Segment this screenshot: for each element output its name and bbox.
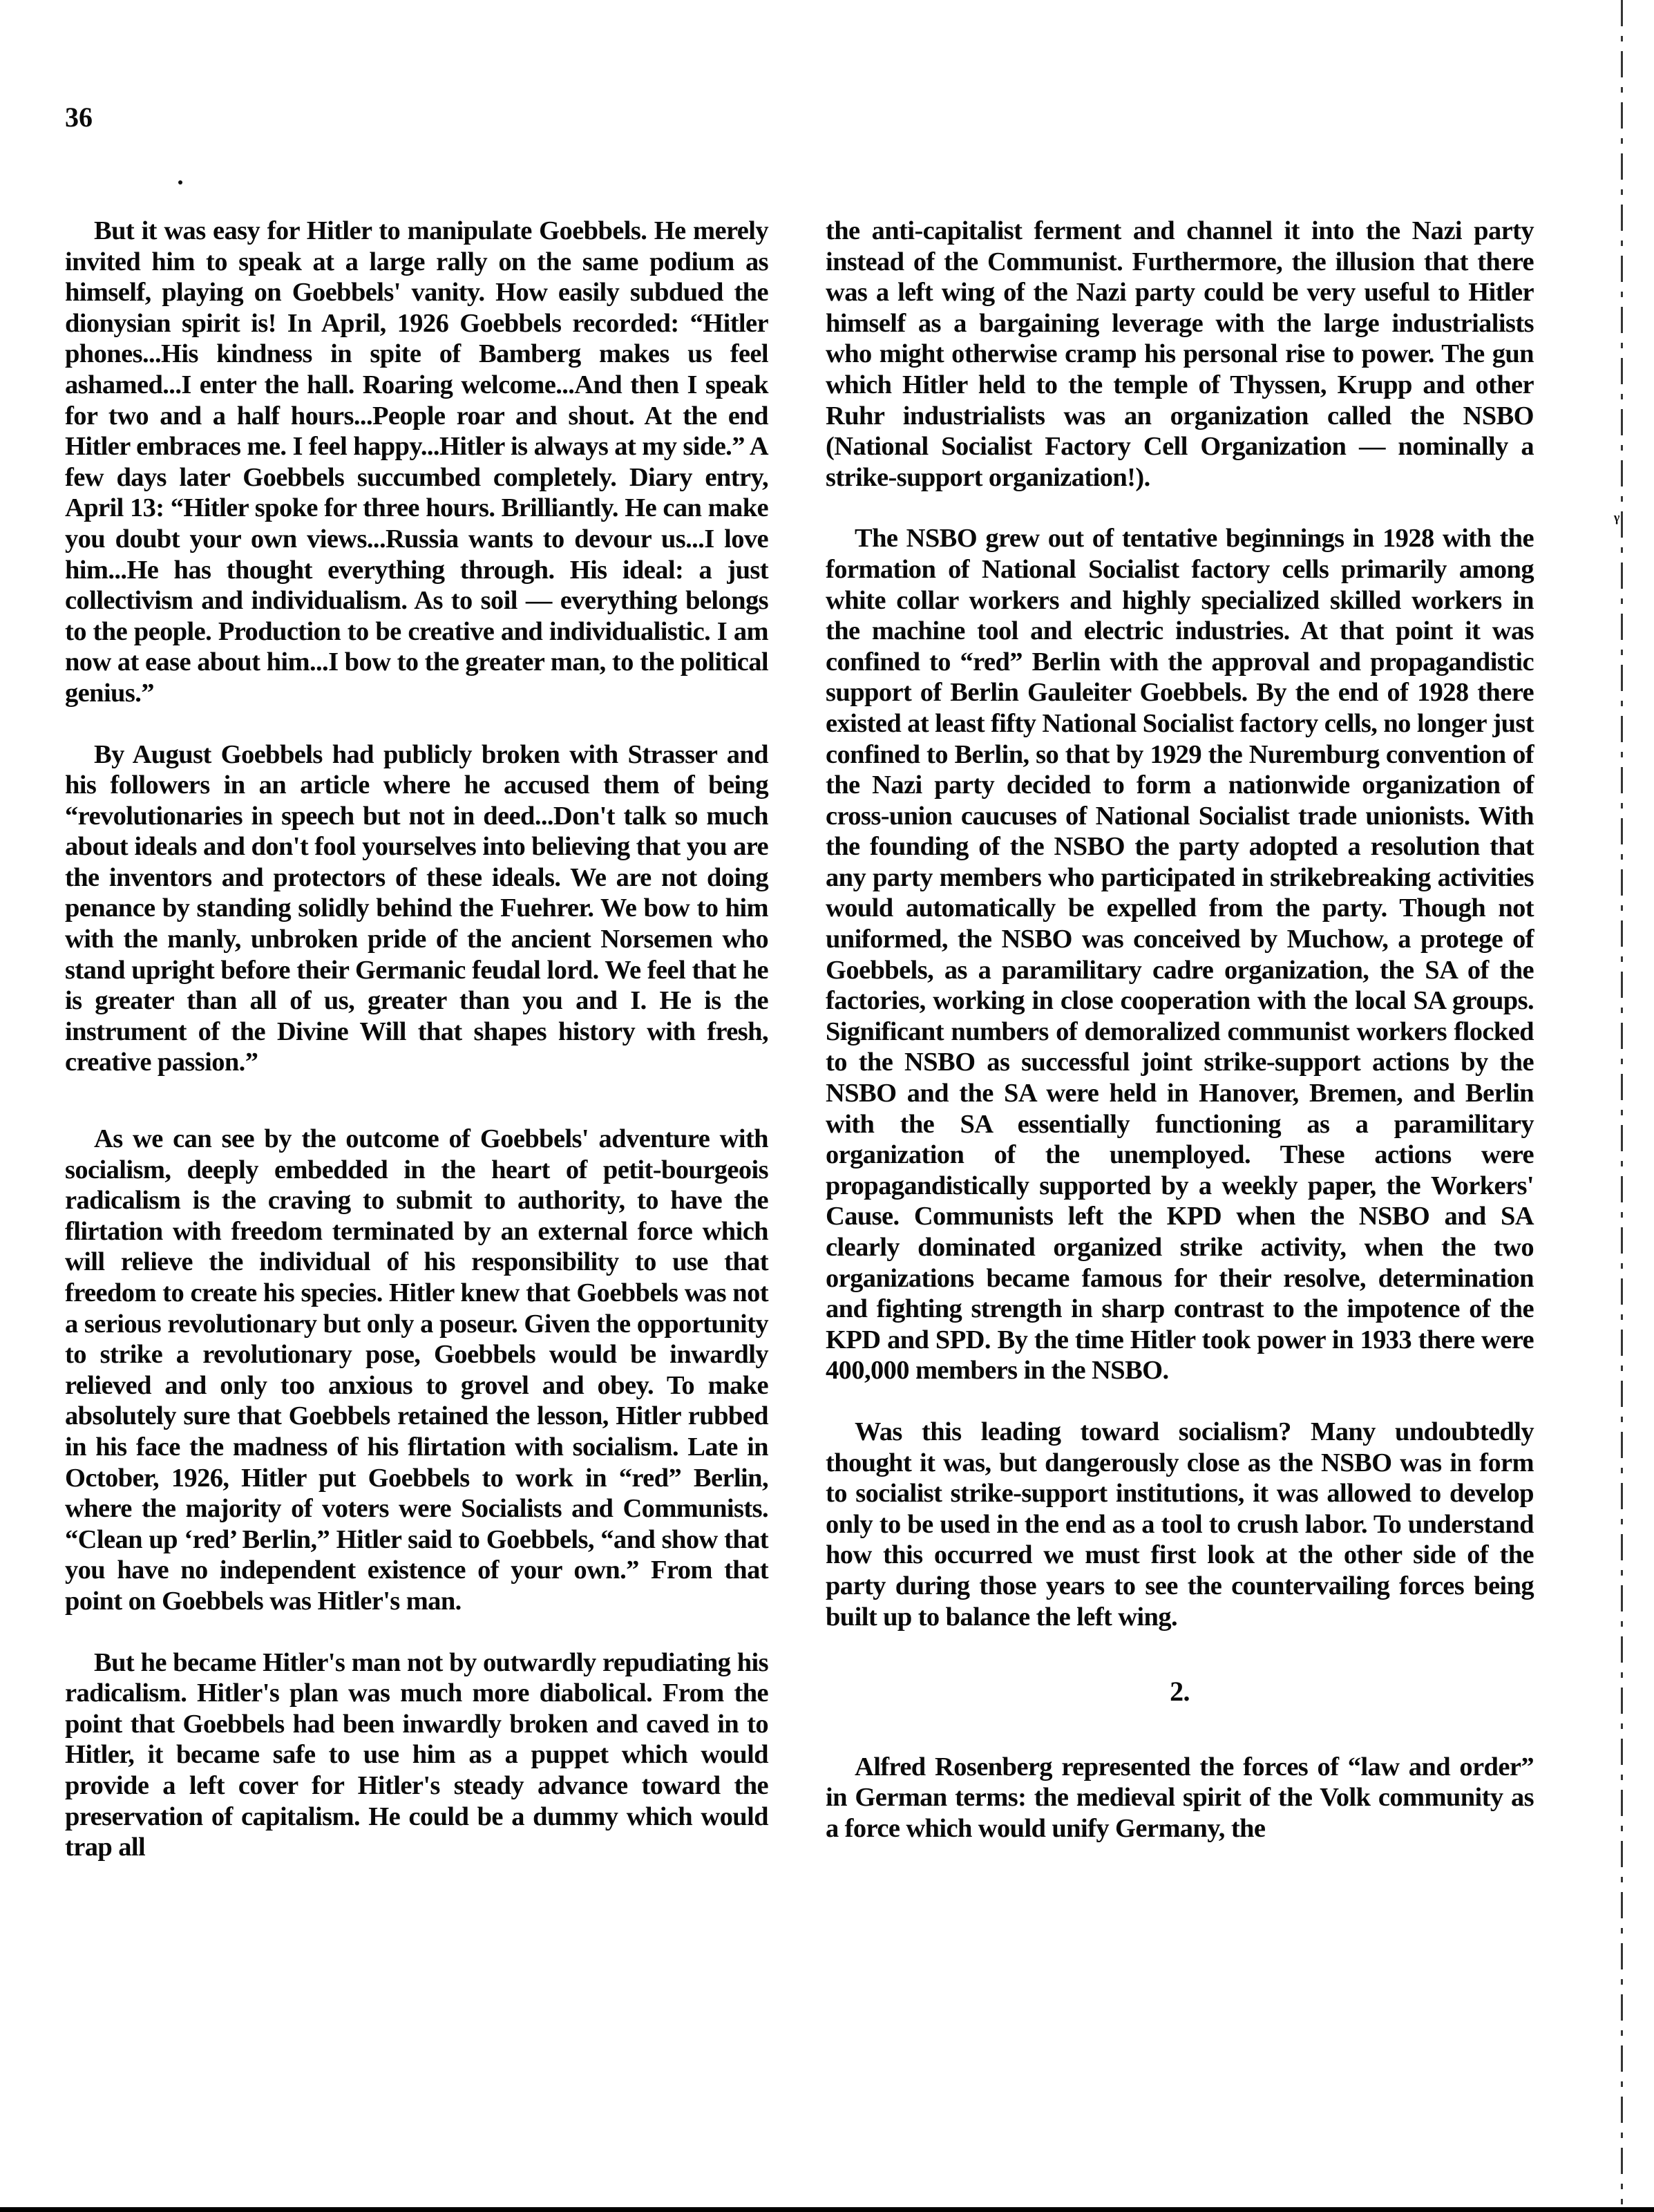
paragraph-nsbo-history: The NSBO grew out of tentative beginning… [826, 523, 1534, 1386]
paragraph-text: Communists left the KPD when the NSBO an… [826, 1202, 1534, 1385]
paragraph-petit-bourgeois-radicalism: As we can see by the outcome of Goebbels… [65, 1124, 768, 1617]
paragraph-leading-toward-socialism: Was this leading toward socialism? Many … [826, 1417, 1534, 1632]
left-column: But it was easy for Hitler to manipulate… [65, 216, 768, 1863]
paragraph-hitler-manipulates-goebbels: But it was easy for Hitler to manipulate… [65, 216, 768, 709]
right-column: the anti-capitalist ferment and channel … [826, 216, 1534, 1844]
paragraph-text: Given the opportunity to strike a revolu… [65, 1310, 768, 1616]
page-edge-rule [1621, 0, 1623, 2204]
paragraph-anti-capitalist-ferment: the anti-capitalist ferment and channel … [826, 216, 1534, 493]
paragraph-text: -support organization!). [888, 463, 1150, 492]
paragraph-hitlers-plan: But he became Hitler's man not by outwar… [65, 1647, 768, 1863]
paragraph-goebbels-breaks-with-strasser: By August Goebbels had publicly broken w… [65, 739, 768, 1079]
scan-speck [178, 180, 182, 185]
section-number: 2. [826, 1676, 1534, 1708]
paragraph-text: As we can see by the outcome of Goebbels… [65, 1124, 768, 1339]
page-number: 36 [65, 104, 93, 131]
paragraph-alfred-rosenberg: Alfred Rosenberg represented the forces … [826, 1752, 1534, 1844]
edge-scan-mark: ᵧ [1614, 503, 1619, 524]
paragraph-text: The NSBO grew out of tentative beginning… [826, 524, 1534, 1200]
paragraph-text: the anti-capitalist ferment and channel … [826, 216, 1534, 461]
bold-term-strike: strike [826, 463, 888, 492]
scan-bottom-edge [0, 2207, 1654, 2212]
bold-term-poseur: poseur. [439, 1310, 517, 1339]
